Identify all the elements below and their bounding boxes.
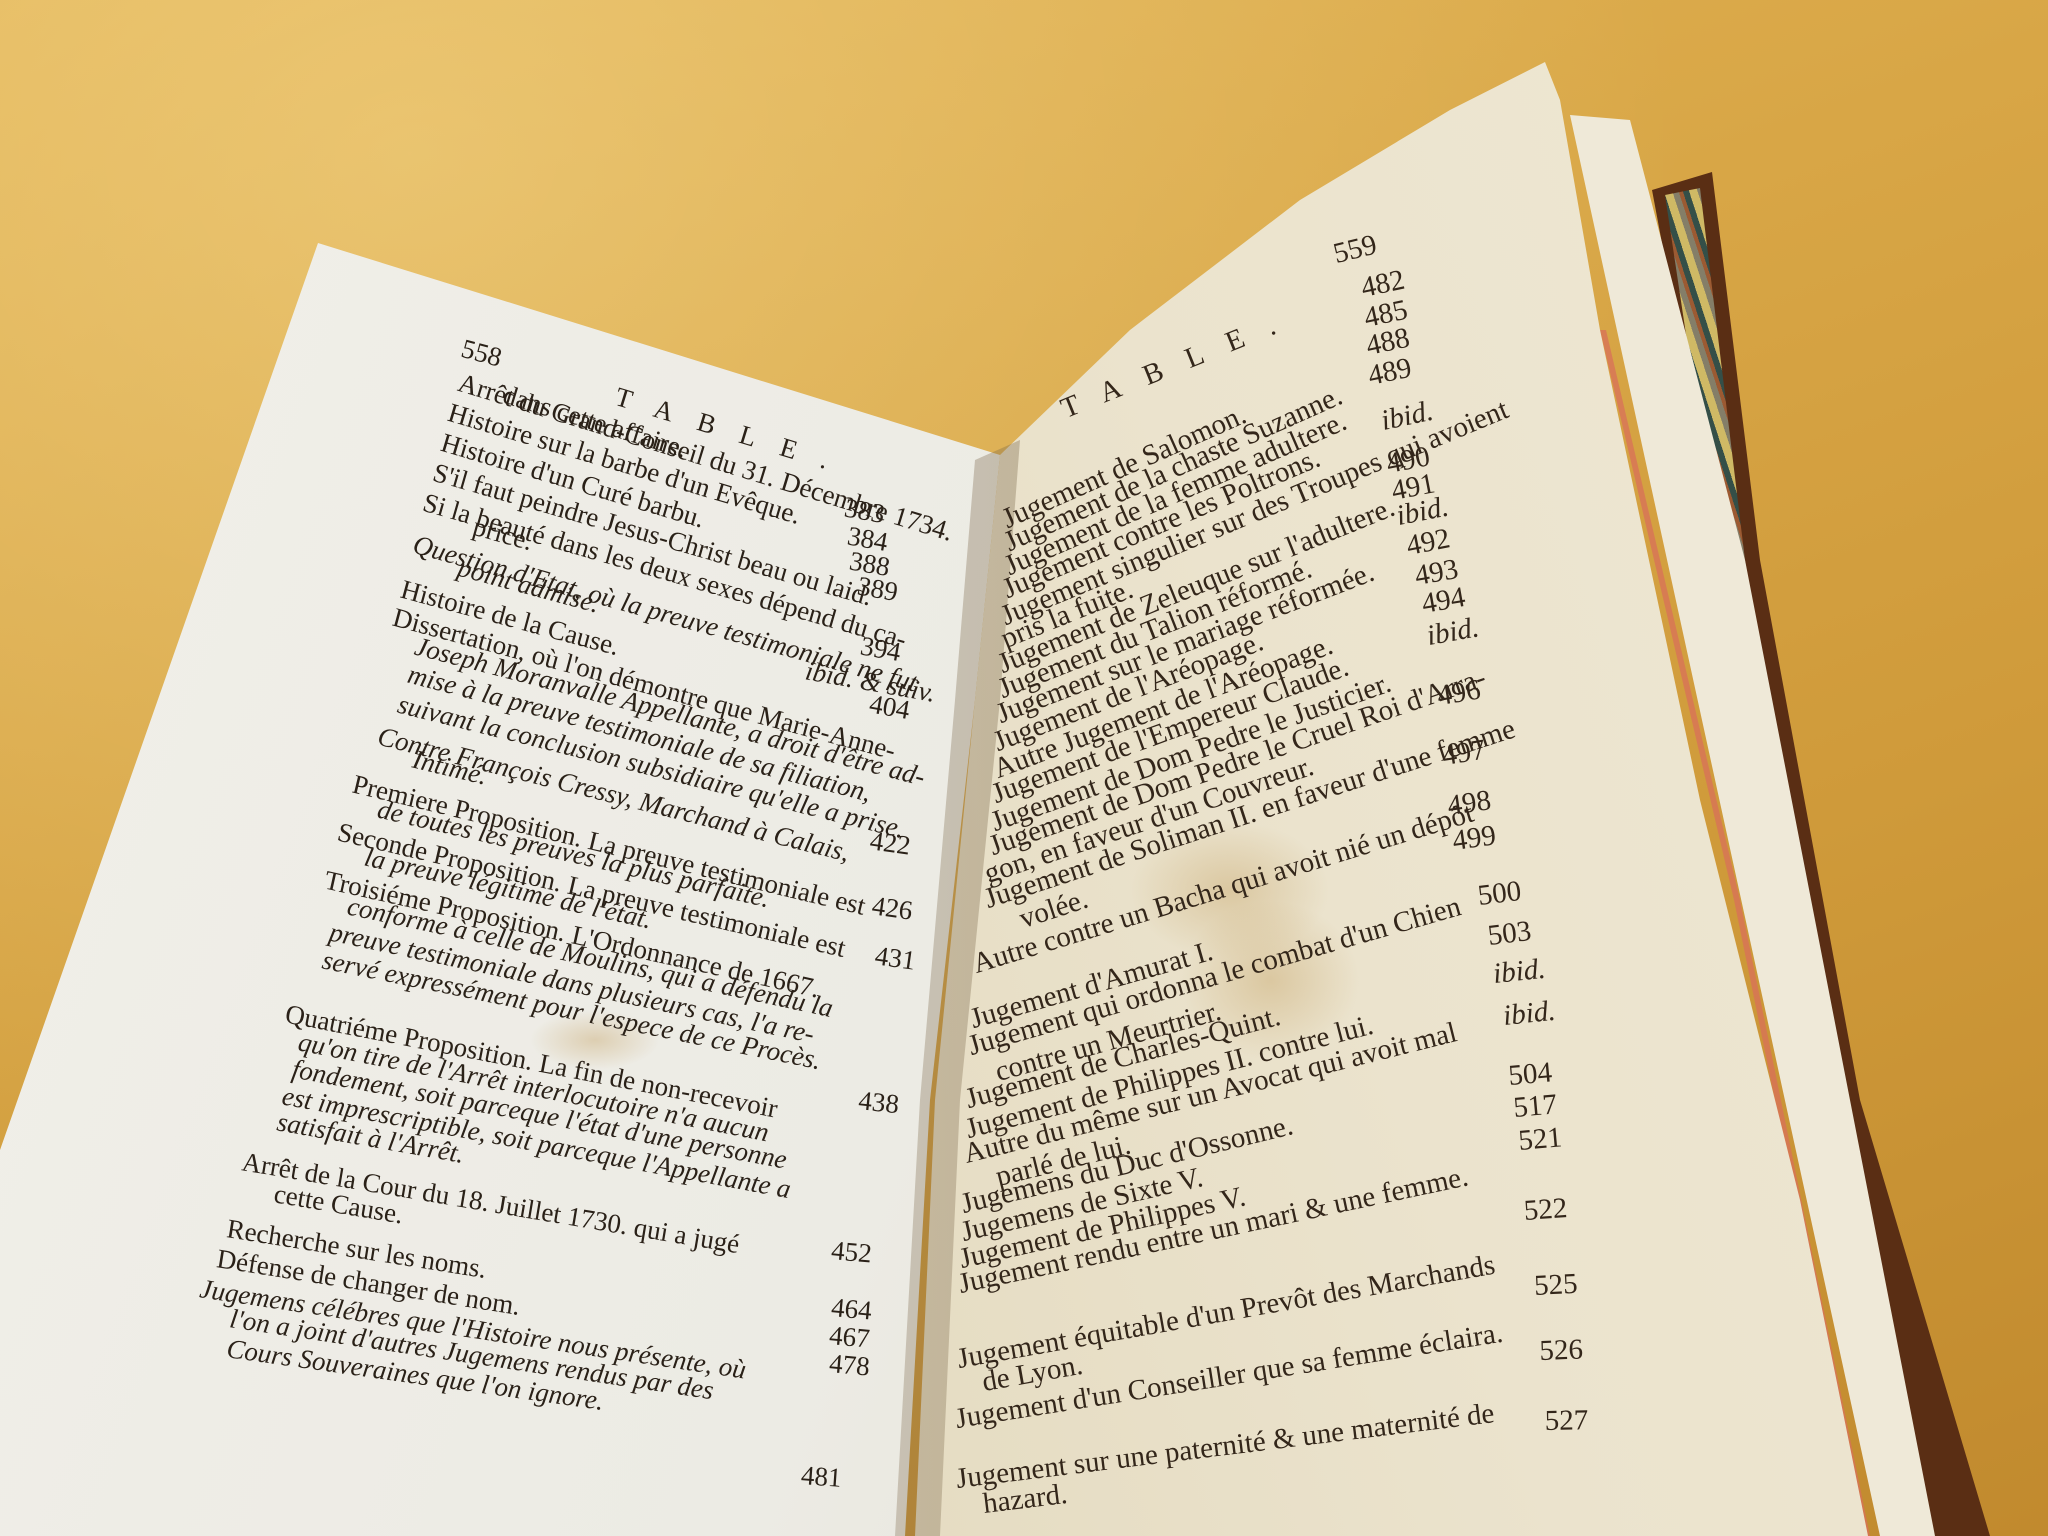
index-page-ref: 481 (800, 1460, 843, 1494)
index-page-ref: 497 (1440, 734, 1488, 773)
index-page-ref: 452 (830, 1235, 873, 1269)
index-page-ref: 500 (1476, 875, 1523, 913)
index-page-ref: 478 (828, 1348, 871, 1382)
index-page-ref: ibid. (1492, 953, 1548, 991)
index-page-ref: 525 (1533, 1268, 1578, 1303)
index-page-ref: 431 (873, 940, 917, 976)
index-page-ref: ibid. (1502, 995, 1558, 1033)
index-page-ref: 438 (857, 1085, 901, 1120)
index-page-ref: 521 (1517, 1121, 1563, 1158)
index-page-ref: 503 (1486, 915, 1533, 953)
index-page-ref: 527 (1544, 1404, 1588, 1438)
index-page-ref: 504 (1507, 1056, 1553, 1093)
index-page-ref: 526 (1539, 1334, 1584, 1368)
index-page-ref: 499 (1450, 819, 1498, 858)
index-page-ref: 496 (1435, 674, 1483, 713)
index-page-ref: 426 (870, 890, 914, 926)
index-page-ref: 517 (1512, 1088, 1558, 1125)
index-page-ref: 498 (1445, 784, 1493, 823)
index-page-ref: 522 (1523, 1192, 1569, 1228)
index-page-ref: 422 (868, 825, 912, 861)
